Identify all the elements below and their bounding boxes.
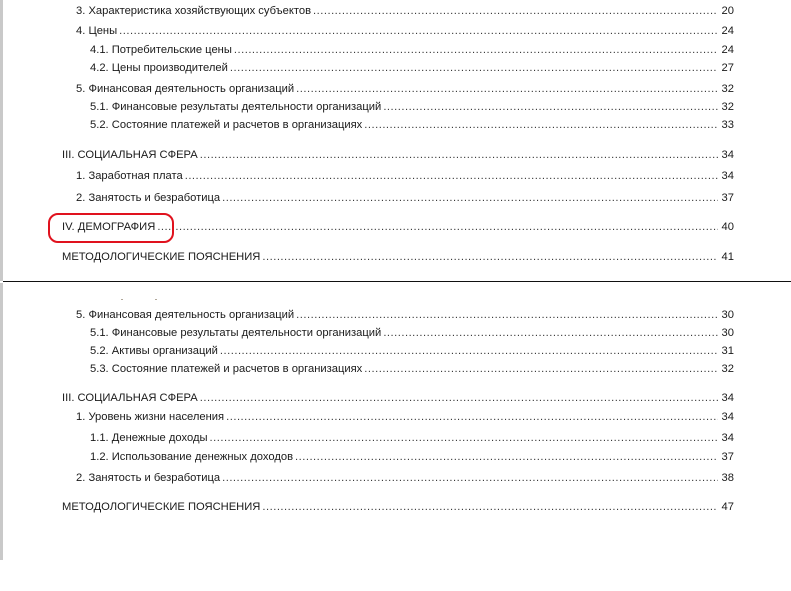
toc-entry[interactable]: 1. Уровень жизни населения34 (76, 409, 734, 425)
toc-entry-page-number: 34 (720, 147, 734, 163)
toc-entry-title: 5.1. Финансовые результаты деятельности … (90, 99, 381, 115)
dot-leader (313, 3, 718, 19)
toc-entry-page-number: 34 (720, 409, 734, 425)
dot-leader (210, 430, 718, 446)
toc-entry-title: 5.1. Финансовые результаты деятельности … (90, 325, 381, 341)
toc-entry-title: МЕТОДОЛОГИЧЕСКИЕ ПОЯСНЕНИЯ (62, 249, 260, 265)
toc-entry-title: 2. Занятость и безработица (76, 470, 220, 486)
toc-entry-title: 5.3. Состояние платежей и расчетов в орг… (90, 361, 362, 377)
toc-entry[interactable]: 1. Заработная плата34 (76, 168, 734, 184)
toc-entry[interactable]: 4. Цены24 (76, 23, 734, 39)
toc-entry[interactable]: 5.2. Активы организаций31 (90, 343, 734, 359)
highlight-annotation (48, 213, 174, 243)
dot-leader (364, 117, 718, 133)
toc-entry-page-number: 32 (720, 81, 734, 97)
toc-entry-title: 1. Уровень жизни населения (76, 409, 224, 425)
scan-artifact (121, 299, 123, 300)
toc-entry-title: 1. Заработная плата (76, 168, 183, 184)
toc-entry[interactable]: III. СОЦИАЛЬНАЯ СФЕРА34 (62, 147, 734, 163)
toc-entry[interactable]: 5. Финансовая деятельность организаций30 (76, 307, 734, 323)
toc-entry[interactable]: 5. Финансовая деятельность организаций32 (76, 81, 734, 97)
toc-entry-title: 5. Финансовая деятельность организаций (76, 81, 294, 97)
toc-entry-page-number: 24 (720, 23, 734, 39)
toc-entry[interactable]: 4.1. Потребительские цены24 (90, 42, 734, 58)
toc-entry-page-number: 34 (720, 390, 734, 406)
toc-entry-title: 5.2. Состояние платежей и расчетов в орг… (90, 117, 362, 133)
toc-entry[interactable]: 5.1. Финансовые результаты деятельности … (90, 99, 734, 115)
dot-leader (262, 499, 718, 515)
toc-entry-page-number: 33 (720, 117, 734, 133)
dot-leader (200, 147, 718, 163)
dot-leader (383, 325, 718, 341)
toc-entry-page-number: 30 (720, 307, 734, 323)
toc-entry[interactable]: 3. Характеристика хозяйствующих субъекто… (76, 3, 734, 19)
toc-entry[interactable]: МЕТОДОЛОГИЧЕСКИЕ ПОЯСНЕНИЯ41 (62, 249, 734, 265)
toc-entry-title: 1.2. Использование денежных доходов (90, 449, 293, 465)
dot-leader (383, 99, 718, 115)
toc-entry-page-number: 24 (720, 42, 734, 58)
toc-entry-title: III. СОЦИАЛЬНАЯ СФЕРА (62, 147, 198, 163)
toc-entry[interactable]: МЕТОДОЛОГИЧЕСКИЕ ПОЯСНЕНИЯ47 (62, 499, 734, 515)
toc-entry-page-number: 37 (720, 190, 734, 206)
toc-entry-page-number: 32 (720, 361, 734, 377)
toc-entry-page-number: 41 (720, 249, 734, 265)
toc-entry-title: МЕТОДОЛОГИЧЕСКИЕ ПОЯСНЕНИЯ (62, 499, 260, 515)
dot-leader (119, 23, 718, 39)
toc-entry[interactable]: III. СОЦИАЛЬНАЯ СФЕРА34 (62, 390, 734, 406)
dot-leader (364, 361, 718, 377)
toc-entry[interactable]: 5.2. Состояние платежей и расчетов в орг… (90, 117, 734, 133)
dot-leader (234, 42, 718, 58)
dot-leader (262, 249, 718, 265)
dot-leader (185, 168, 718, 184)
dot-leader (222, 190, 718, 206)
toc-entry-title: 4.1. Потребительские цены (90, 42, 232, 58)
scan-artifact (155, 299, 157, 300)
toc-entry-title: 1.1. Денежные доходы (90, 430, 208, 446)
dot-leader (230, 60, 718, 76)
toc-entry-page-number: 20 (720, 3, 734, 19)
toc-entry-page-number: 37 (720, 449, 734, 465)
toc-entry-page-number: 47 (720, 499, 734, 515)
dot-leader (222, 470, 718, 486)
dot-leader (226, 409, 718, 425)
toc-entry-page-number: 31 (720, 343, 734, 359)
dot-leader (157, 219, 718, 235)
page-divider (3, 281, 791, 282)
dot-leader (200, 390, 718, 406)
toc-entry-title: III. СОЦИАЛЬНАЯ СФЕРА (62, 390, 198, 406)
toc-entry[interactable]: 1.1. Денежные доходы34 (90, 430, 734, 446)
toc-entry[interactable]: 2. Занятость и безработица38 (76, 470, 734, 486)
toc-entry-page-number: 38 (720, 470, 734, 486)
dot-leader (295, 449, 718, 465)
dot-leader (296, 307, 718, 323)
toc-entry-title: 4.2. Цены производителей (90, 60, 228, 76)
toc-entry-page-number: 32 (720, 99, 734, 115)
toc-entry-page-number: 27 (720, 60, 734, 76)
toc-entry[interactable]: 5.1. Финансовые результаты деятельности … (90, 325, 734, 341)
dot-leader (220, 343, 718, 359)
toc-entry-title: 3. Характеристика хозяйствующих субъекто… (76, 3, 311, 19)
toc-entry-page-number: 34 (720, 430, 734, 446)
toc-entry[interactable]: 2. Занятость и безработица37 (76, 190, 734, 206)
toc-entry-page-number: 30 (720, 325, 734, 341)
toc-entry-title: 5.2. Активы организаций (90, 343, 218, 359)
toc-entry[interactable]: 5.3. Состояние платежей и расчетов в орг… (90, 361, 734, 377)
toc-entry-page-number: 40 (720, 219, 734, 235)
toc-entry-page-number: 34 (720, 168, 734, 184)
toc-entry[interactable]: 1.2. Использование денежных доходов37 (90, 449, 734, 465)
toc-entry-title: 5. Финансовая деятельность организаций (76, 307, 294, 323)
toc-entry-title: 2. Занятость и безработица (76, 190, 220, 206)
toc-entry-title: 4. Цены (76, 23, 117, 39)
dot-leader (296, 81, 718, 97)
toc-entry[interactable]: 4.2. Цены производителей27 (90, 60, 734, 76)
